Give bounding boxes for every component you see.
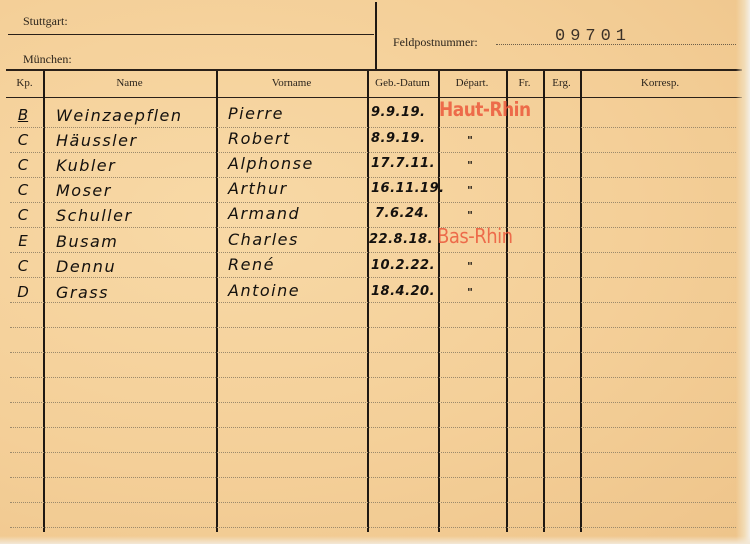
row-kp: E — [8, 229, 38, 254]
row-rule — [10, 377, 736, 378]
paper-edge-bottom — [0, 536, 750, 544]
row-vorname: Pierre — [228, 101, 284, 126]
row-name: Busam — [56, 229, 118, 254]
row-rule — [10, 502, 736, 503]
row-name: Dennu — [56, 254, 116, 279]
col-header-korresp: Korresp. — [580, 72, 740, 94]
row-name: Kubler — [56, 153, 116, 178]
registration-card: Stuttgart: München: Feldpostnummer: 0970… — [0, 0, 750, 544]
row-geb-datum: 16.11.19. — [371, 176, 445, 201]
row-geb-datum: 22.8.18. — [369, 227, 433, 252]
col-header-name: Name — [43, 72, 216, 94]
row-rule — [10, 452, 736, 453]
table-top-rule — [6, 69, 742, 71]
top-box-divider — [375, 2, 377, 69]
row-vorname: René — [228, 252, 275, 277]
row-kp: C — [8, 178, 38, 203]
col-header-depart: Départ. — [438, 72, 506, 94]
row-rule — [10, 402, 736, 403]
row-name: Grass — [56, 280, 109, 305]
row-depart-stamp: Bas-Rhin — [437, 224, 513, 248]
row-vorname: Charles — [228, 227, 299, 252]
stuttgart-label: Stuttgart: — [23, 14, 68, 29]
paper-edge-right — [736, 0, 750, 544]
row-name: Weinzaepflen — [56, 103, 183, 128]
row-kp: C — [8, 128, 38, 153]
row-kp: D — [8, 280, 38, 305]
feldpostnummer-label: Feldpostnummer: — [393, 35, 478, 50]
row-depart-ditto: " — [440, 178, 500, 203]
feldpostnummer-value: 09701 — [555, 27, 631, 46]
row-name: Moser — [56, 178, 112, 203]
row-vorname: Antoine — [228, 278, 300, 303]
row-geb-datum: 9.9.19. — [371, 100, 426, 125]
row-kp: C — [8, 203, 38, 228]
col-header-fr: Fr. — [506, 72, 543, 94]
row-kp: C — [8, 254, 38, 279]
row-geb-datum: 18.4.20. — [371, 279, 435, 304]
stuttgart-rule — [8, 34, 374, 35]
row-rule — [10, 352, 736, 353]
row-vorname: Armand — [228, 201, 300, 226]
row-name: Häussler — [56, 128, 138, 153]
row-depart-ditto: " — [440, 254, 500, 279]
row-rule — [10, 477, 736, 478]
row-depart-ditto: " — [440, 153, 500, 178]
row-geb-datum: 10.2.22. — [371, 253, 435, 278]
row-geb-datum: 7.6.24. — [375, 201, 430, 226]
row-depart-ditto: " — [440, 280, 500, 305]
row-geb-datum: 17.7.11. — [371, 151, 435, 176]
row-kp: C — [8, 153, 38, 178]
row-geb-datum: 8.9.19. — [371, 126, 426, 151]
row-rule — [10, 527, 736, 528]
row-rule — [10, 327, 736, 328]
row-vorname: Robert — [228, 126, 291, 151]
table-header-bottom-rule — [6, 97, 742, 98]
row-depart-stamp: Haut-Rhin — [439, 99, 531, 122]
row-depart-ditto: " — [440, 128, 500, 153]
row-vorname: Arthur — [228, 176, 288, 201]
col-header-kp: Kp. — [6, 72, 43, 94]
row-name: Schuller — [56, 203, 133, 228]
row-rule — [10, 427, 736, 428]
col-header-erg: Erg. — [543, 72, 580, 94]
col-header-vorname: Vorname — [216, 72, 367, 94]
col-header-geb-datum: Geb.-Datum — [367, 72, 438, 94]
muenchen-label: München: — [23, 52, 72, 67]
row-vorname: Alphonse — [228, 151, 314, 176]
row-kp: B — [8, 103, 38, 128]
